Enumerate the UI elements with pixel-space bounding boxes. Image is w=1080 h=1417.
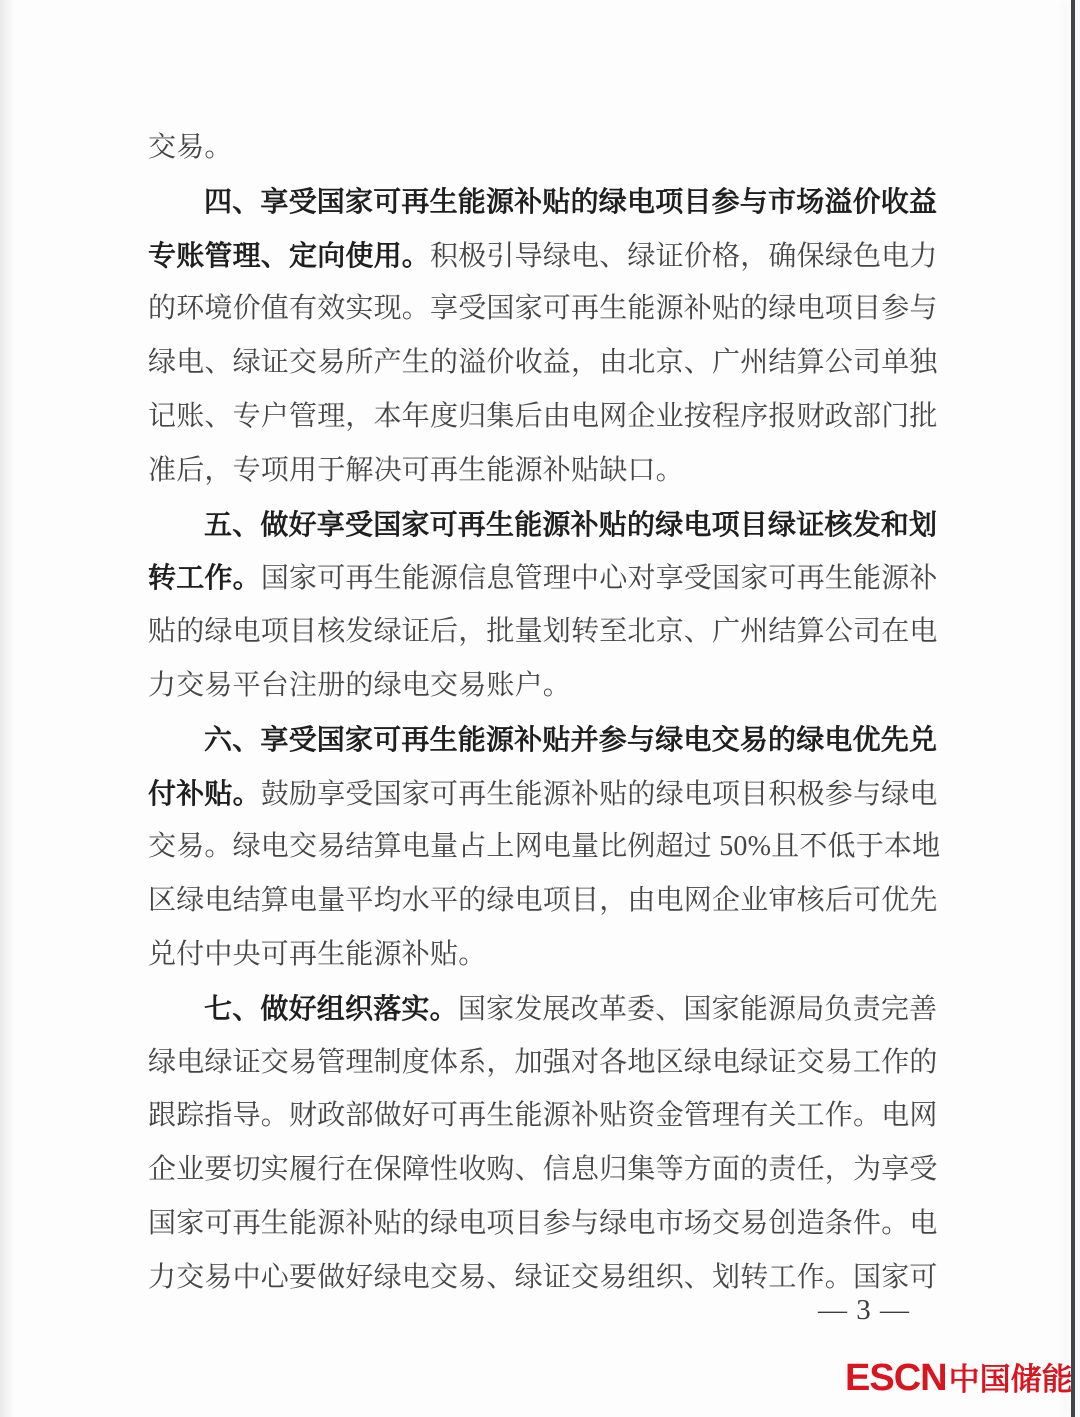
text-line: 跟踪指导。财政部做好可再生能源补贴资金管理有关工作。电网 bbox=[148, 1089, 948, 1143]
document-page: 交易。四、享受国家可再生能源补贴的绿电项目参与市场溢价收益专账管理、定向使用。积… bbox=[0, 0, 1080, 1417]
body-run: 国家可再生能源信息管理中心对享受国家可再生能源补 bbox=[261, 563, 938, 594]
body-run: 贴的绿电项目核发绿证后，批量划转至北京、广州结算公司在电 bbox=[148, 616, 938, 647]
escn-site-name: 中国储能网 bbox=[949, 1362, 1080, 1397]
text-line: 五、做好享受国家可再生能源补贴的绿电项目绿证核发和划 bbox=[148, 498, 948, 552]
text-line: 区绿电结算电量平均水平的绿电项目，由电网企业审核后可优先 bbox=[148, 874, 948, 928]
text-line: 七、做好组织落实。国家发展改革委、国家能源局负责完善 bbox=[148, 982, 948, 1036]
body-run: 力交易平台注册的绿电交易账户。 bbox=[148, 670, 571, 701]
body-run: 交易。绿电交易结算电量占上网电量比例超过 50%且不低于本地 bbox=[148, 831, 940, 862]
escn-watermark: ESCN中国储能网 bbox=[845, 1354, 1080, 1400]
body-run: 力交易中心要做好绿电交易、绿证交易组织、划转工作。国家可 bbox=[148, 1262, 938, 1293]
body-run: 准后，专项用于解决可再生能源补贴缺口。 bbox=[148, 455, 684, 486]
text-line: 绿电、绿证交易所产生的溢价收益，由北京、广州结算公司单独 bbox=[148, 336, 948, 390]
body-run: 绿电绿证交易管理制度体系，加强对各地区绿电绿证交易工作的 bbox=[148, 1047, 938, 1078]
body-run: 记账、专户管理，本年度归集后由电网企业按程序报财政部门批 bbox=[148, 401, 938, 432]
heading-run: 专账管理、定向使用。 bbox=[148, 240, 430, 271]
body-run: 区绿电结算电量平均水平的绿电项目，由电网企业审核后可优先 bbox=[148, 885, 938, 916]
body-run: 绿电、绿证交易所产生的溢价收益，由北京、广州结算公司单独 bbox=[148, 347, 938, 378]
body-run: 积极引导绿电、绿证价格，确保绿色电力 bbox=[430, 241, 938, 272]
page-number: — 3 — bbox=[818, 1294, 910, 1327]
heading-run: 转工作。 bbox=[148, 562, 261, 593]
text-line: 交易。 bbox=[148, 121, 948, 175]
text-line: 国家可再生能源补贴的绿电项目参与绿电市场交易创造条件。电 bbox=[148, 1197, 948, 1251]
page-right-edge-line bbox=[1071, 0, 1075, 1417]
text-line: 贴的绿电项目核发绿证后，批量划转至北京、广州结算公司在电 bbox=[148, 605, 948, 659]
body-run: 跟踪指导。财政部做好可再生能源补贴资金管理有关工作。电网 bbox=[148, 1100, 938, 1131]
heading-run: 付补贴。 bbox=[148, 778, 261, 809]
heading-run: 五、做好享受国家可再生能源补贴的绿电项目绿证核发和划 bbox=[204, 509, 937, 540]
text-line: 六、享受国家可再生能源补贴并参与绿电交易的绿电优先兑 bbox=[148, 713, 948, 767]
page-right-gutter bbox=[1075, 0, 1080, 1417]
text-line: 四、享受国家可再生能源补贴的绿电项目参与市场溢价收益 bbox=[148, 175, 948, 229]
text-line: 力交易平台注册的绿电交易账户。 bbox=[148, 659, 948, 713]
text-line: 兑付中央可再生能源补贴。 bbox=[148, 928, 948, 982]
heading-run: 六、享受国家可再生能源补贴并参与绿电交易的绿电优先兑 bbox=[204, 724, 937, 755]
heading-run: 四、享受国家可再生能源补贴的绿电项目参与市场溢价收益 bbox=[204, 186, 937, 217]
text-line: 绿电绿证交易管理制度体系，加强对各地区绿电绿证交易工作的 bbox=[148, 1036, 948, 1090]
text-line: 交易。绿电交易结算电量占上网电量比例超过 50%且不低于本地 bbox=[148, 820, 948, 874]
document-body: 交易。四、享受国家可再生能源补贴的绿电项目参与市场溢价收益专账管理、定向使用。积… bbox=[148, 121, 948, 1305]
body-run: 鼓励享受国家可再生能源补贴的绿电项目积极参与绿电 bbox=[261, 779, 938, 810]
body-run: 兑付中央可再生能源补贴。 bbox=[148, 939, 486, 970]
escn-logo-text: ESCN bbox=[845, 1357, 947, 1399]
text-line: 记账、专户管理，本年度归集后由电网企业按程序报财政部门批 bbox=[148, 390, 948, 444]
text-line: 转工作。国家可再生能源信息管理中心对享受国家可再生能源补 bbox=[148, 551, 948, 605]
text-line: 专账管理、定向使用。积极引导绿电、绿证价格，确保绿色电力 bbox=[148, 229, 948, 283]
body-run: 国家可再生能源补贴的绿电项目参与绿电市场交易创造条件。电 bbox=[148, 1208, 938, 1239]
text-line: 的环境价值有效实现。享受国家可再生能源补贴的绿电项目参与 bbox=[148, 282, 948, 336]
text-line: 准后，专项用于解决可再生能源补贴缺口。 bbox=[148, 444, 948, 498]
page-left-edge-shade bbox=[0, 0, 14, 1417]
body-run: 的环境价值有效实现。享受国家可再生能源补贴的绿电项目参与 bbox=[148, 293, 938, 324]
text-line: 付补贴。鼓励享受国家可再生能源补贴的绿电项目积极参与绿电 bbox=[148, 767, 948, 821]
text-line: 企业要切实履行在保障性收购、信息归集等方面的责任，为享受 bbox=[148, 1143, 948, 1197]
body-run: 交易。 bbox=[148, 132, 233, 163]
heading-run: 七、做好组织落实。 bbox=[204, 993, 458, 1024]
body-run: 国家发展改革委、国家能源局负责完善 bbox=[458, 994, 937, 1025]
body-run: 企业要切实履行在保障性收购、信息归集等方面的责任，为享受 bbox=[148, 1154, 938, 1185]
